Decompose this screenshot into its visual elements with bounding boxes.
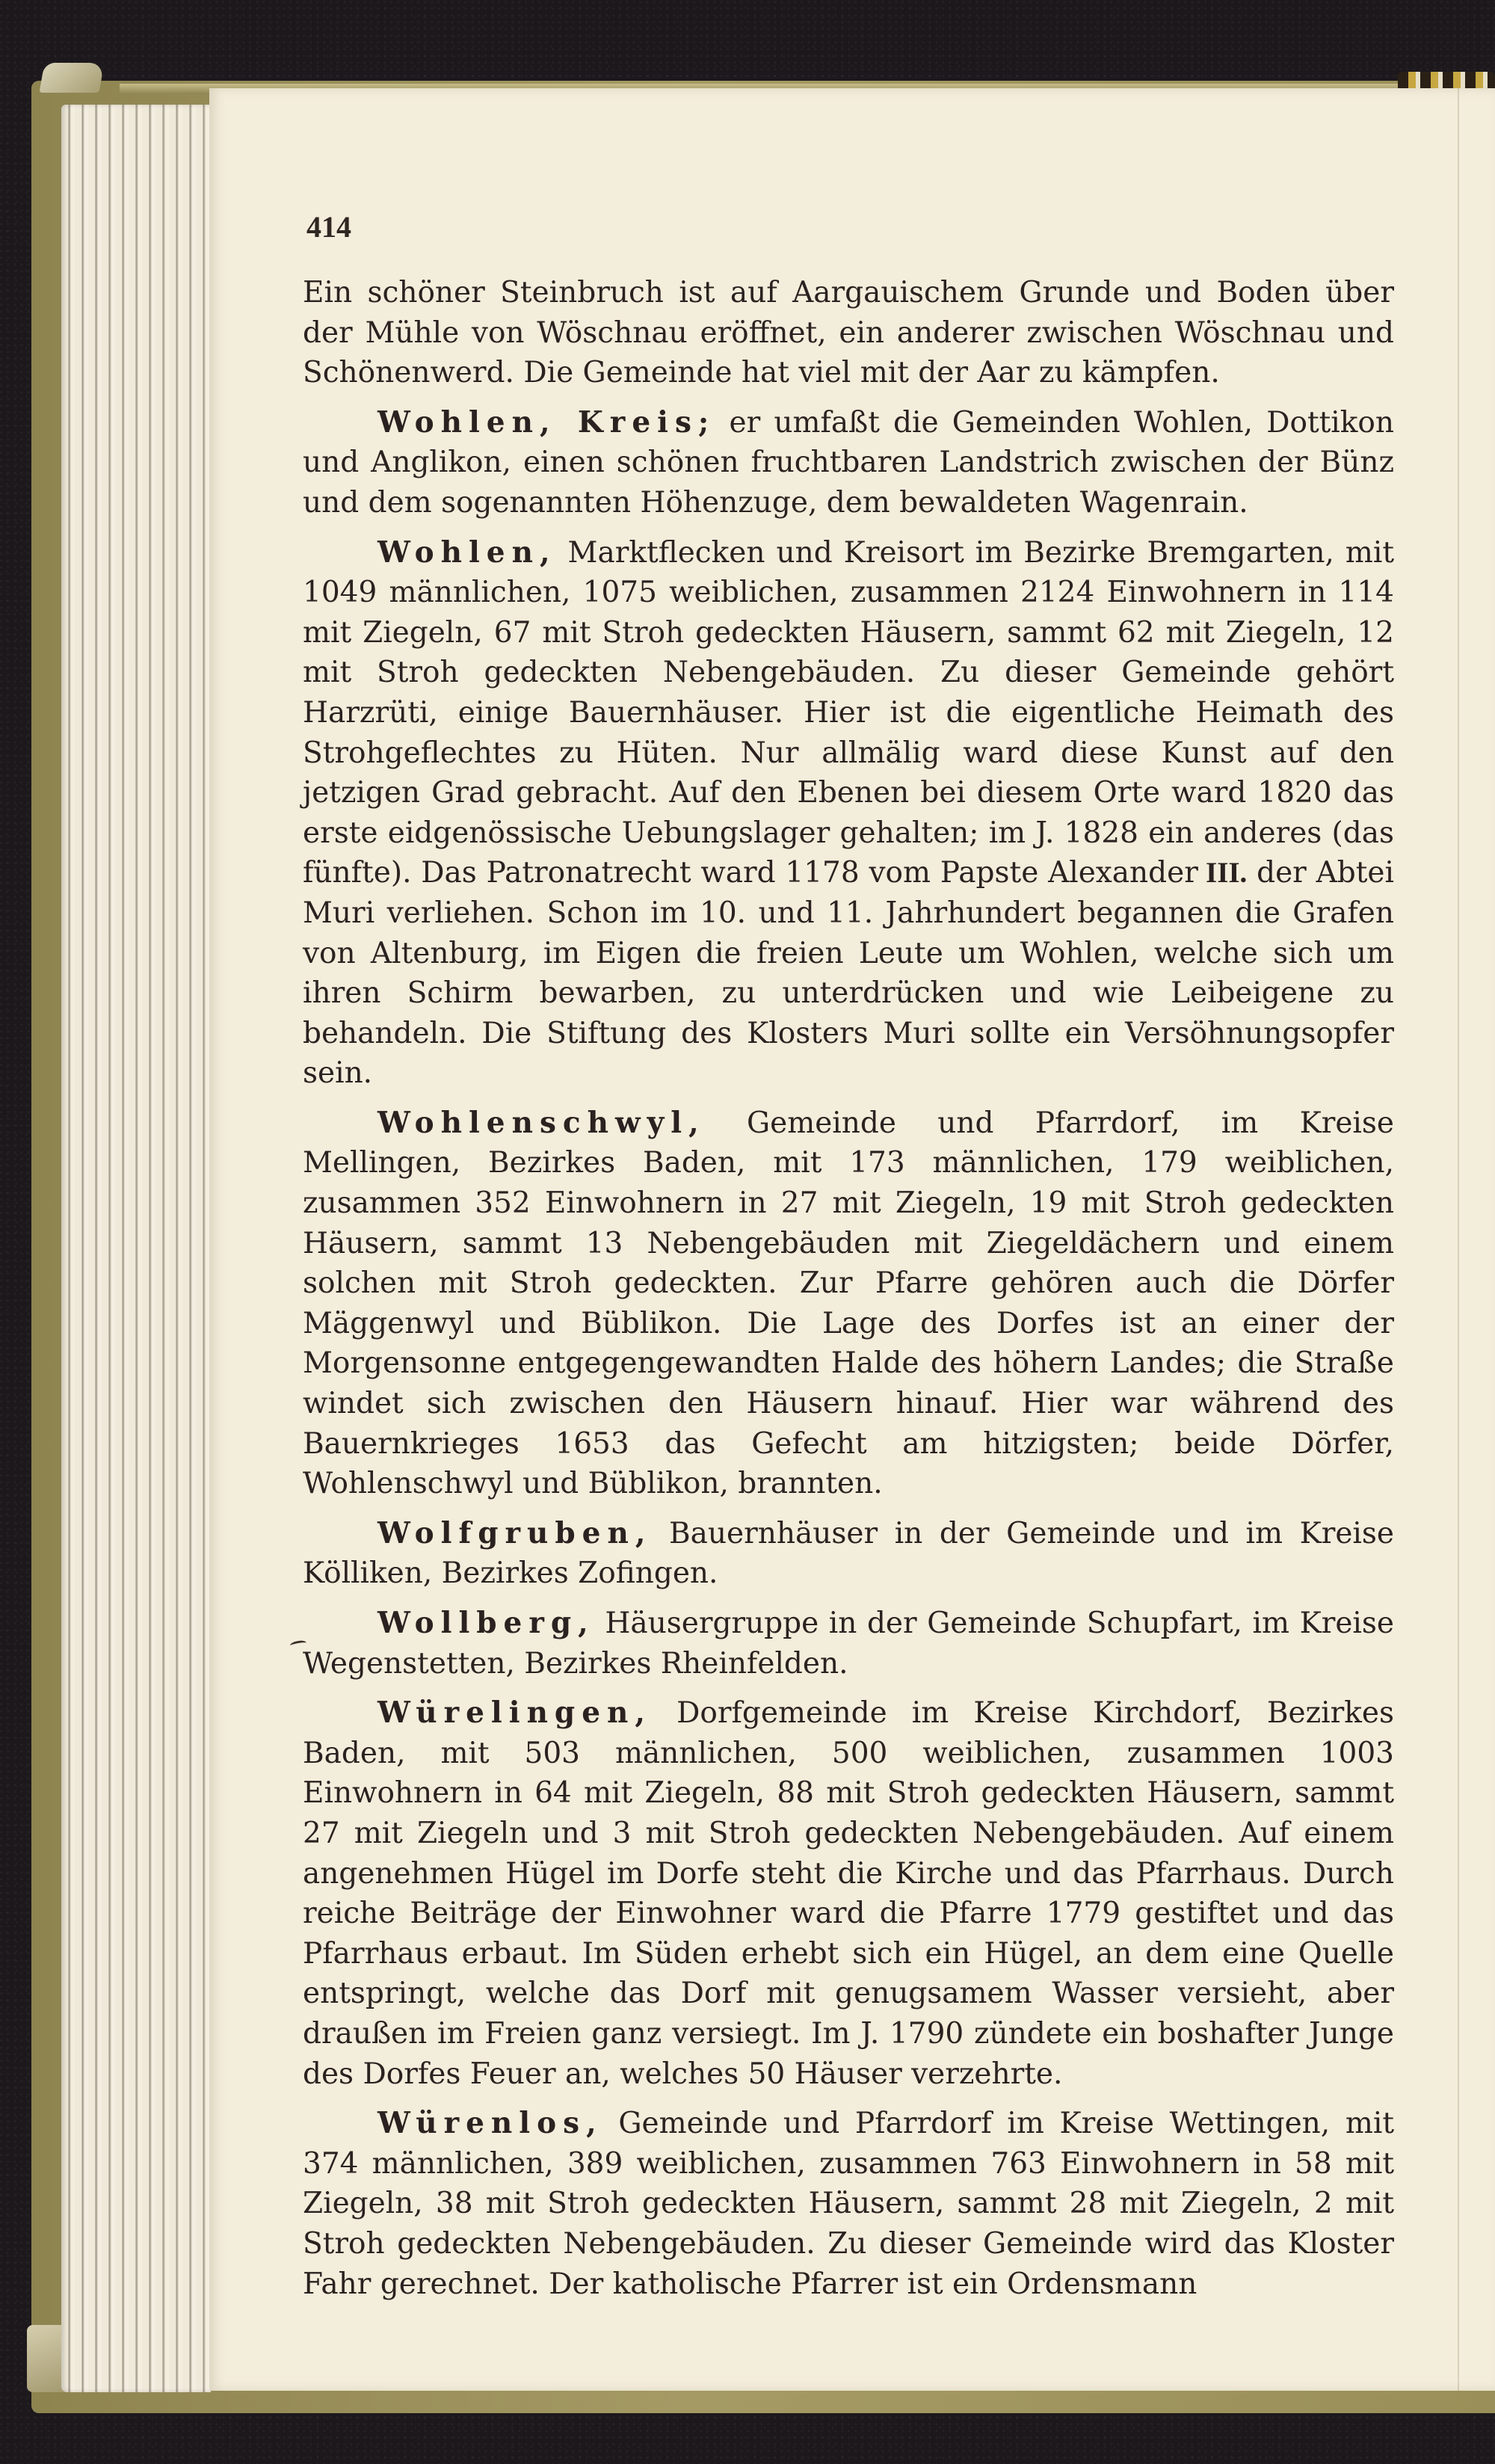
entry-text: Ein schöner Steinbruch ist auf Aargauisc…	[303, 276, 1394, 389]
entry-headword: Würelingen,	[377, 1695, 652, 1730]
cover-corner-top	[39, 63, 104, 93]
entry-wohlen-marktflecken: Wohlen, Marktflecken und Kreisort im Bez…	[303, 533, 1394, 1094]
entry-wuerenlos: Würenlos, Gemeinde und Pfarrdorf im Krei…	[303, 2104, 1394, 2304]
entry-continuation: Ein schöner Steinbruch ist auf Aargauisc…	[303, 273, 1394, 393]
page-edges-stack	[61, 105, 211, 2392]
entry-text-continued: der Abtei Muri verliehen. Schon im 10. u…	[303, 856, 1394, 1090]
entry-text: Marktflecken und Kreisort im Bezirke Bre…	[303, 536, 1394, 890]
entry-text: Gemeinde und Pfarrdorf, im Kreise Mellin…	[303, 1106, 1394, 1500]
entry-headword: Wolfgruben,	[377, 1516, 652, 1550]
entry-wohlenschwyl: Wohlenschwyl, Gemeinde und Pfarrdorf, im…	[303, 1103, 1394, 1504]
entry-headword: Wohlen, Kreis;	[377, 405, 715, 440]
page-fold-line	[1458, 88, 1459, 2391]
entry-wohlen-kreis: Wohlen, Kreis; er umfaßt die Gemeinden W…	[303, 403, 1394, 523]
entry-text: Dorfgemeinde im Kreise Kirchdorf, Bezirk…	[303, 1696, 1394, 2090]
entry-wuerelingen: Würelingen, Dorfgemeinde im Kreise Kirch…	[303, 1693, 1394, 2094]
entry-headword: Wohlenschwyl,	[377, 1106, 706, 1140]
roman-numeral: III.	[1198, 857, 1247, 889]
entry-headword: Wohlen,	[377, 535, 557, 570]
entry-headword: Würenlos,	[377, 2106, 603, 2140]
page-tear-top-right	[1398, 72, 1495, 88]
entry-wollberg: Wollberg, Häusergruppe in der Gemeinde S…	[303, 1604, 1394, 1684]
entry-wolfgruben: Wolfgruben, Bauernhäuser in der Gemeinde…	[303, 1514, 1394, 1594]
entry-headword: Wollberg,	[377, 1606, 595, 1640]
gazetteer-entries: Ein schöner Steinbruch ist auf Aargauisc…	[303, 273, 1394, 2314]
page-number: 414	[306, 209, 351, 244]
